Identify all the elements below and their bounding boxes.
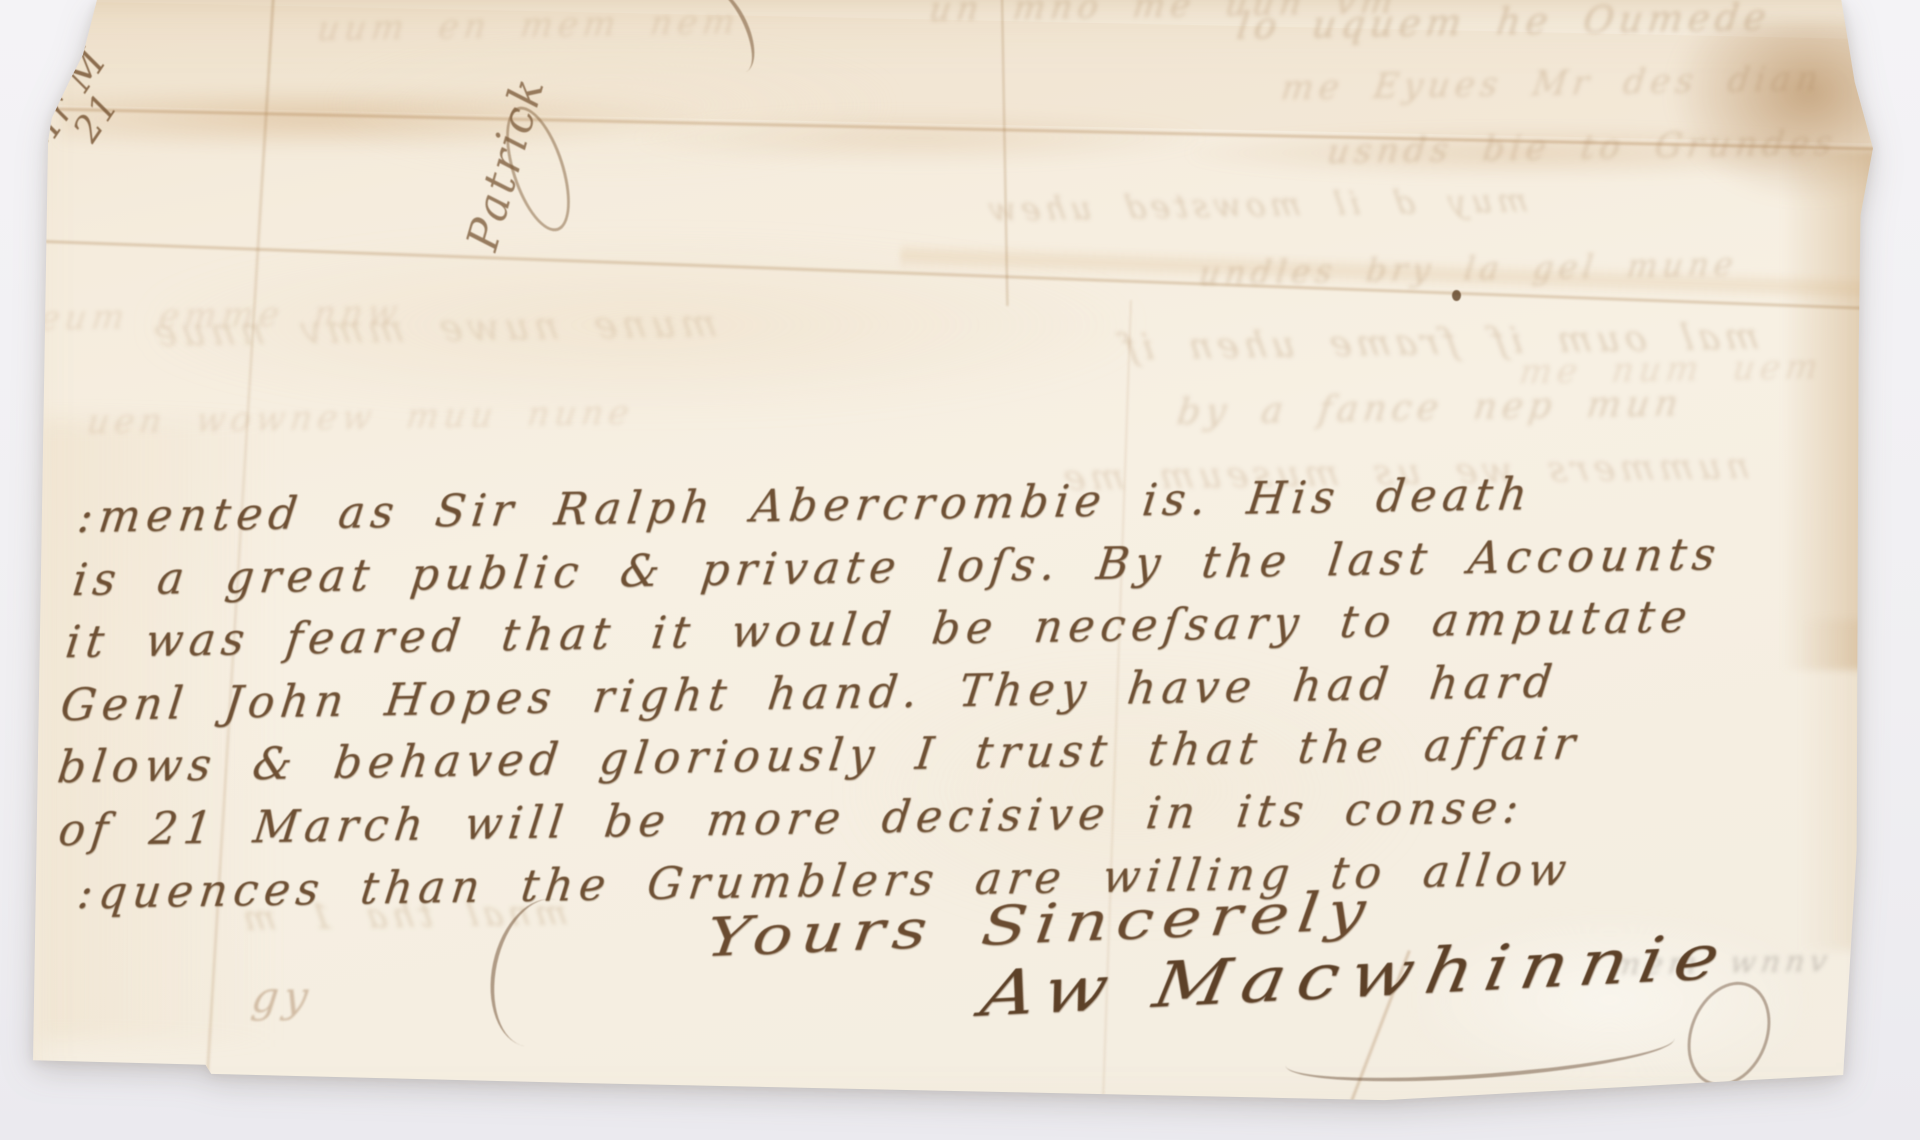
- letter-line: blows & behaved gloriously I trust that …: [55, 718, 1584, 793]
- letter-line: Genl John Hopes right hand. They have ha…: [58, 657, 1561, 732]
- paper-shadow: un mno me uun vm lo uquem he Oumede me E…: [0, 0, 1920, 1140]
- letter-line: it was feared that it would be neceſsary…: [63, 591, 1696, 668]
- letter-line: :mented as Sir Ralph Abercrombie is. His…: [75, 469, 1536, 543]
- letter-line: of 21 March will be more decisive in its…: [56, 782, 1528, 856]
- letter-paper: un mno me uun vm lo uquem he Oumede me E…: [0, 0, 1920, 1140]
- photo-stage: un mno me uun vm lo uquem he Oumede me E…: [0, 0, 1920, 1140]
- letter-body: :mented as Sir Ralph Abercrombie is. His…: [0, 0, 1920, 1140]
